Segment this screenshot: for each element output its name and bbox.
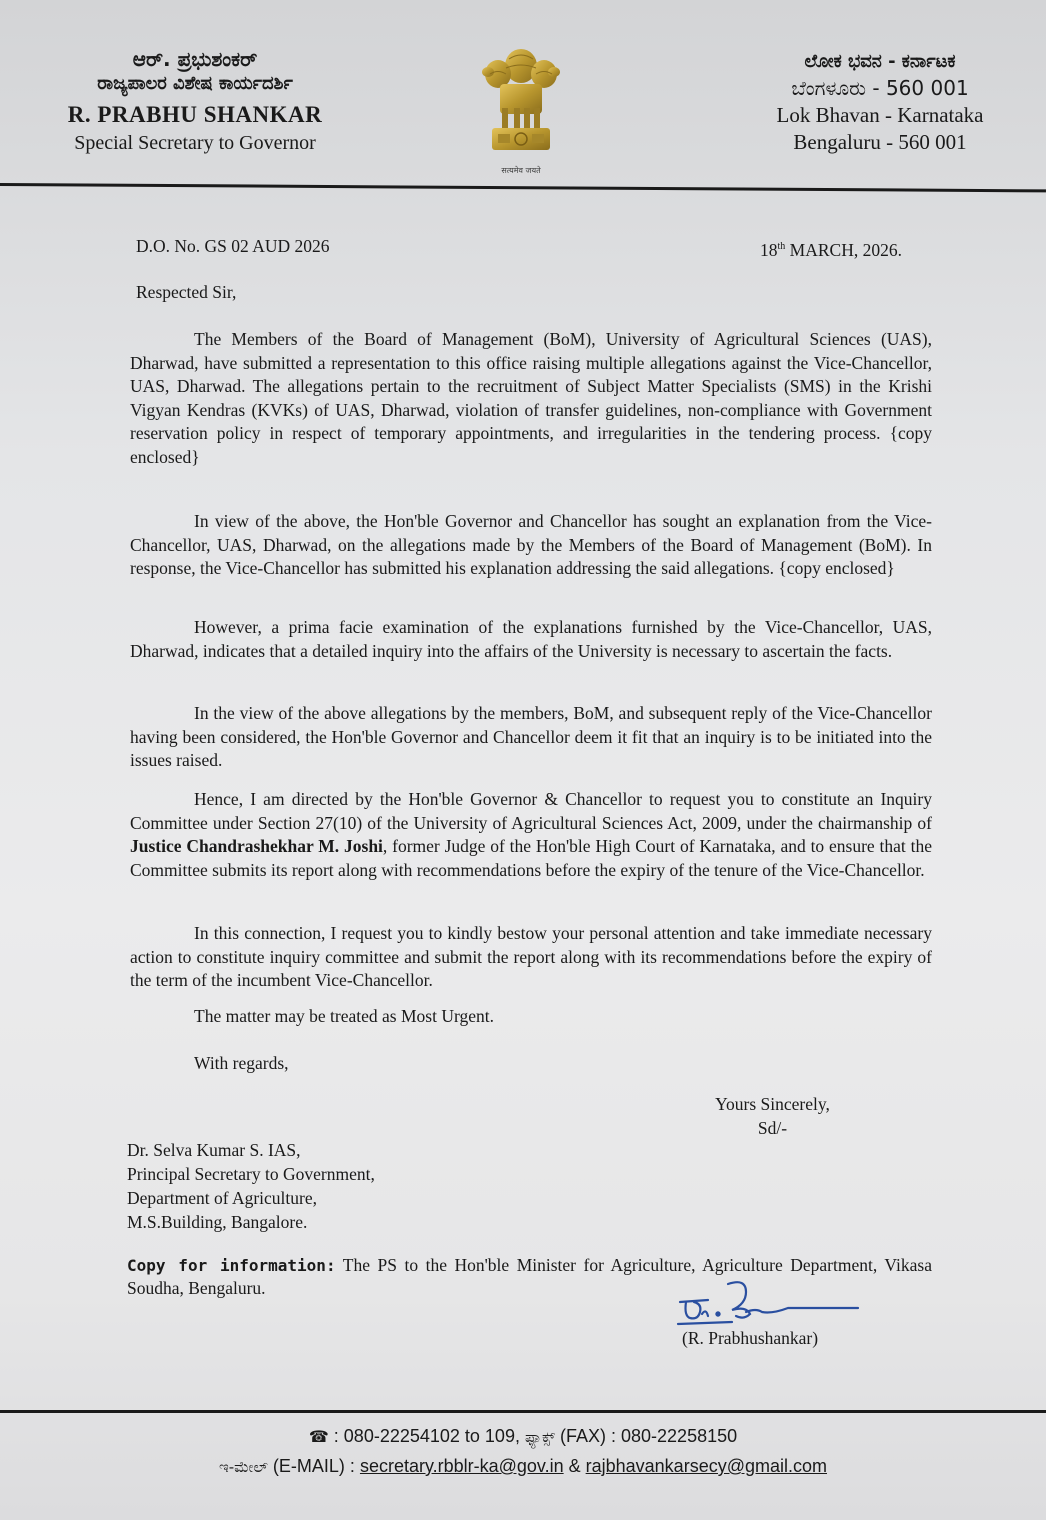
paragraph-6-text: In this connection, I request you to kin… bbox=[130, 922, 932, 993]
paragraph-1-text: The Members of the Board of Management (… bbox=[130, 328, 932, 469]
paragraph-4-text: In the view of the above allegations by … bbox=[130, 702, 932, 773]
office-place: Lok Bhavan - Karnataka bbox=[740, 102, 1020, 129]
copy-label: Copy for information: bbox=[127, 1256, 336, 1275]
signed-mark: Sd/- bbox=[700, 1116, 845, 1140]
contact-phone-fax: ☎ : 080-22254102 to 109, ಫ್ಯಾಕ್ಸ್ (FAX) … bbox=[0, 1426, 1046, 1447]
sender-name: R. PRABHU SHANKAR bbox=[40, 100, 350, 130]
paragraph-6: In this connection, I request you to kin… bbox=[130, 922, 932, 993]
paragraph-2: In view of the above, the Hon'ble Govern… bbox=[130, 510, 932, 581]
addressee-block: Dr. Selva Kumar S. IAS, Principal Secret… bbox=[127, 1138, 375, 1234]
email-separator: & bbox=[564, 1456, 586, 1476]
header-divider bbox=[0, 183, 1046, 192]
paragraph-1: The Members of the Board of Management (… bbox=[130, 328, 932, 469]
addressee-line: Dr. Selva Kumar S. IAS, bbox=[127, 1138, 375, 1162]
telephone-icon: ☎ bbox=[309, 1427, 329, 1447]
email-link-gmail[interactable]: rajbhavankarsecy@gmail.com bbox=[586, 1456, 827, 1476]
fax-label-kannada: ಫ್ಯಾಕ್ಸ್ bbox=[525, 1428, 555, 1446]
footer-divider bbox=[0, 1410, 1046, 1413]
sender-title: Special Secretary to Governor bbox=[40, 130, 350, 156]
emblem-motto: सत्यमेव जयते bbox=[476, 165, 566, 176]
regards: With regards, bbox=[194, 1053, 289, 1074]
paragraph-5-before: Hence, I am directed by the Hon'ble Gove… bbox=[130, 789, 932, 833]
letter-page: ಆರ್. ಪ್ರಭುಶಂಕರ್ ರಾಜ್ಯಪಾಲರ ವಿಶೇಷ ಕಾರ್ಯದರ್… bbox=[0, 0, 1046, 1520]
email-link-gov[interactable]: secretary.rbblr-ka@gov.in bbox=[360, 1456, 564, 1476]
email-label-kannada: ಇ-ಮೇಲ್ bbox=[219, 1458, 268, 1476]
sender-name-kannada: ಆರ್. ಪ್ರಭುಶಂಕರ್ bbox=[40, 46, 350, 72]
paragraph-3-text: However, a prima facie examination of th… bbox=[130, 616, 932, 663]
addressee-line: M.S.Building, Bangalore. bbox=[127, 1210, 375, 1234]
paragraph-2-text: In view of the above, the Hon'ble Govern… bbox=[130, 510, 932, 581]
date-day: 18 bbox=[760, 240, 778, 260]
office-address-block: ಲೋಕ ಭವನ - ಕರ್ನಾಟಕ ಬೆಂಗಳೂರು - 560 001 Lok… bbox=[740, 50, 1020, 156]
signer-name: (R. Prabhushankar) bbox=[682, 1328, 818, 1349]
paragraph-5: Hence, I am directed by the Hon'ble Gove… bbox=[130, 788, 932, 882]
addressee-line: Department of Agriculture, bbox=[127, 1186, 375, 1210]
letter-date: 18th MARCH, 2026. bbox=[760, 240, 902, 261]
phone-number: : 080-22254102 to 109, bbox=[329, 1426, 525, 1446]
sender-title-kannada: ರಾಜ್ಯಪಾಲರ ವಿಶೇಷ ಕಾರ್ಯದರ್ಶಿ bbox=[40, 72, 350, 96]
office-city: Bengaluru - 560 001 bbox=[740, 129, 1020, 156]
chairman-name: Justice Chandrashekhar M. Joshi bbox=[130, 836, 383, 856]
office-place-kannada: ಲೋಕ ಭವನ - ಕರ್ನಾಟಕ bbox=[740, 50, 1020, 74]
handwritten-signature-icon bbox=[672, 1276, 872, 1336]
fax-number: (FAX) : 080-22258150 bbox=[555, 1426, 737, 1446]
salutation: Respected Sir, bbox=[136, 282, 236, 303]
closing-block: Yours Sincerely, Sd/- bbox=[700, 1092, 845, 1140]
paragraph-5-text: Hence, I am directed by the Hon'ble Gove… bbox=[130, 788, 932, 882]
paragraph-4: In the view of the above allegations by … bbox=[130, 702, 932, 773]
office-city-kannada: ಬೆಂಗಳೂರು - 560 001 bbox=[740, 74, 1020, 102]
closing-text: Yours Sincerely, bbox=[700, 1092, 845, 1116]
urgency-note: The matter may be treated as Most Urgent… bbox=[194, 1006, 494, 1027]
contact-email: ಇ-ಮೇಲ್ (E-MAIL) : secretary.rbblr-ka@gov… bbox=[0, 1456, 1046, 1477]
email-label: (E-MAIL) : bbox=[268, 1456, 360, 1476]
date-month-year: MARCH, 2026. bbox=[785, 240, 902, 260]
reference-number: D.O. No. GS 02 AUD 2026 bbox=[136, 236, 329, 257]
sender-block: ಆರ್. ಪ್ರಭುಶಂಕರ್ ರಾಜ್ಯಪಾಲರ ವಿಶೇಷ ಕಾರ್ಯದರ್… bbox=[40, 46, 350, 156]
paragraph-3: However, a prima facie examination of th… bbox=[130, 616, 932, 663]
national-emblem-icon: सत्यमेव जयते bbox=[476, 44, 566, 176]
addressee-line: Principal Secretary to Government, bbox=[127, 1162, 375, 1186]
